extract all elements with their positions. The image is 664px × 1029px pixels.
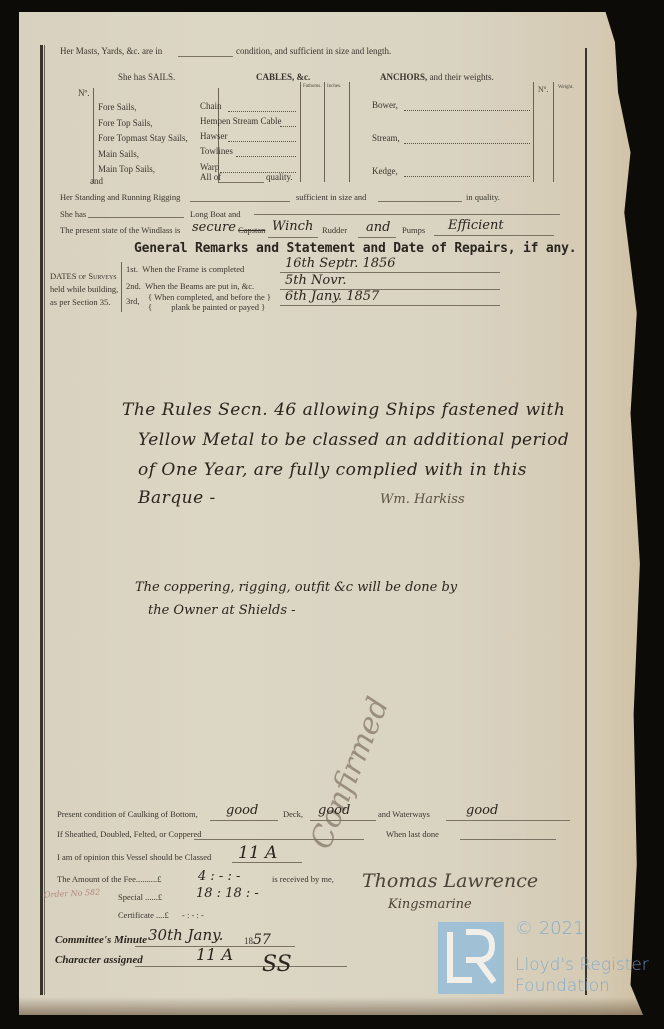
cables-heading: CABLES, &c. [256,72,310,82]
deck-value: good [318,803,350,818]
cables-all-of-label: All of [200,172,221,182]
fee-certificate-value: - : - : - [182,910,204,920]
anchors-left-divider [349,82,350,182]
surveyor-signature: Thomas Lawrence [362,870,538,892]
survey-3-label-line1: { When completed, and before the } [148,292,271,302]
dot-leader [228,111,296,112]
windlass-value: secure [192,220,236,235]
sails-and-label: and [90,176,103,186]
sails-no-label: Nº. [78,88,90,98]
caulking-label: Present condition of Caulking of Bottom, [57,809,198,819]
watermark-org-line2: Foundation [515,976,610,996]
classed-blank [232,862,302,863]
last-done-blank [460,839,556,840]
left-border-rule [40,45,43,995]
fee-received-label: is received by me, [272,874,334,884]
dot-leader [404,110,530,111]
dot-leader [404,143,530,144]
fee-special-label: Special ......£ [118,892,162,902]
committee-minute-label: Committee's Minute [55,934,147,946]
rudder-label: Rudder [322,225,347,235]
sail-item: Fore Sails, [98,102,137,112]
survey-3-ordinal: 3rd, [126,296,139,306]
note-1-line: Yellow Metal to be classed an additional… [138,430,569,450]
cable-item: Chain [200,101,222,111]
sail-item: Main Sails, [98,149,139,159]
capstan-struck: Capstan [238,225,265,235]
sail-item: Fore Top Sails, [98,118,152,128]
note-1-line: of One Year, are fully complied with in … [138,460,527,480]
dot-leader [404,176,530,177]
windlass-prefix: The present state of the Windlass is [60,225,180,235]
left-border-rule-inner [44,45,45,995]
pumps-label: Pumps [402,225,425,235]
watermark-org-line1: Lloyd's Register [515,955,649,975]
surveys-label-line: held while building, [50,284,118,294]
dot-leader [228,141,296,142]
note-1-signature: Wm. Harkiss [380,492,465,507]
cable-item: Hempen Stream Cable [200,116,281,126]
rigging-blank-2 [378,201,462,202]
sails-heading: She has SAILS. [118,72,175,82]
pumps-blank [434,235,554,236]
rigging-line-prefix: Her Standing and Running Rigging [60,192,180,202]
surveys-label-line: DATES of Surveys [50,271,117,281]
deck-blank [310,820,376,821]
deck-label: Deck, [283,809,303,819]
cables-quality-blank [218,182,264,183]
remarks-title: General Remarks and Statement and Date o… [134,241,576,256]
watermark-copyright: © 2021 [515,918,585,939]
document-page [19,12,643,1015]
boat-blank-2 [254,214,560,215]
fee-amount-label: The Amount of the Fee..........£ [57,874,161,884]
sheathed-blank [194,839,364,840]
survey-2-value: 5th Novr. [285,273,346,288]
rigging-line-mid: sufficient in size and [296,192,366,202]
masts-line-suffix: condition, and sufficient in size and le… [236,46,391,56]
survey-3-blank [280,305,500,306]
survey-3-label-line2: { plank be painted or payed } [148,302,265,312]
winch-value: Winch [272,219,313,234]
dot-leader [280,126,296,127]
winch-blank [268,237,318,238]
caulking-value: good [226,803,258,818]
cable-item: Warp [200,162,219,172]
classed-label: I am of opinion this Vessel should be Cl… [57,852,211,862]
masts-line-prefix: Her Masts, Yards, &c. are in [60,46,162,56]
committee-minute-value: 30th Jany. [148,926,223,944]
anchor-item: Stream, [372,133,400,143]
character-assigned-value: 11 A [196,945,233,964]
anchors-no-divider [533,82,534,182]
last-done-label: When last done [386,829,439,839]
surveys-bracket [121,262,122,312]
sail-item: Fore Topmast Stay Sails, [98,133,188,143]
rigging-line-suffix: in quality. [466,192,500,202]
surveys-label-line: as per Section 35. [50,297,110,307]
sails-divider [93,88,94,183]
rudder-value: and [366,220,390,235]
note-1-line: The Rules Secn. 46 allowing Ships fasten… [122,400,565,420]
anchors-weight-divider [553,82,554,182]
boat-mid: Long Boat and [190,209,241,219]
surveyor-place: Kingsmarine [388,897,472,912]
right-border-rule [585,48,587,995]
cables-quality-label: quality. [266,172,293,182]
survey-3-value: 6th Jany. 1857 [285,289,379,304]
anchors-no-label: Nº. [538,85,548,94]
waterways-blank [446,820,570,821]
fee-special-value: 18 : 18 : - [196,886,259,901]
classed-value: 11 A [238,843,277,863]
character-assigned-label: Character assigned [55,954,143,966]
cable-item: Hawser [200,131,228,141]
survey-2-label: 2nd. When the Beams are put in, &c. [126,281,254,291]
boat-blank-1 [88,217,184,218]
masts-condition-blank [178,56,233,57]
anchors-heading: ANCHORS, and their weights. [380,72,494,82]
character-assigned-blank [135,966,347,967]
note-2-line: The coppering, rigging, outfit &c will b… [135,580,457,595]
note-2-line: the Owner at Shields - [148,603,296,618]
inches-left-divider [324,82,325,182]
cable-item: Towlines [200,146,233,156]
pumps-value: Efficient [448,218,504,233]
caulking-blank [210,820,278,821]
fathoms-left-divider [300,82,301,182]
note-1-line: Barque - [138,488,216,508]
waterways-value: good [466,803,498,818]
dot-leader [236,156,296,157]
sail-item: Main Top Sails, [98,164,155,174]
waterways-label: and Waterways [378,809,430,819]
fee-certificate-label: Certificate ....£ [118,910,169,920]
fee-amount-value: 4 : - : - [198,869,240,884]
anchors-weight-label: Weight. [558,85,574,90]
committee-initials: SS [262,952,292,977]
rigging-blank-1 [190,201,290,202]
survey-1-label: 1st. When the Frame is completed [126,264,244,274]
fathoms-label: Fathoms. [303,84,321,89]
sheathed-label: If Sheathed, Doubled, Felted, or Coppere… [57,829,201,839]
inches-label: Inches. [327,84,341,89]
boat-prefix: She has [60,209,86,219]
rudder-blank [358,237,396,238]
anchor-item: Bower, [372,100,398,110]
lr-logo-icon [438,922,504,994]
anchor-item: Kedge, [372,166,398,176]
survey-1-value: 16th Septr. 1856 [285,256,396,271]
